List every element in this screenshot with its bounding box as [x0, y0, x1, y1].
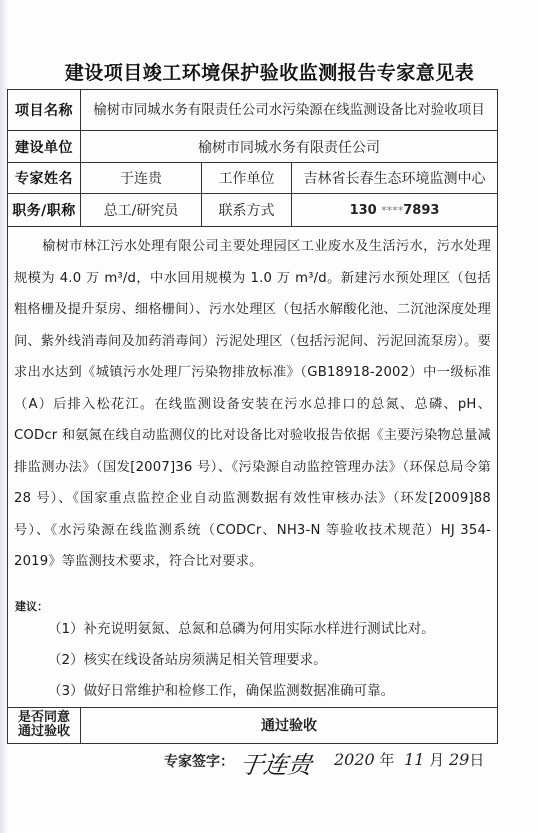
- expert-name-value: 于连贵: [81, 163, 202, 194]
- contact-prefix: 130: [350, 203, 377, 218]
- builder-value: 榆树市同城水务有限责任公司: [81, 131, 498, 163]
- date-year-unit: 年: [380, 751, 395, 769]
- suggestions-list: （1）补充说明氨氮、总氮和总磷为何用实际水样进行测试比对。 （2）核实在线设备站…: [8, 614, 497, 707]
- contact-suffix: 7893: [403, 203, 439, 218]
- date-day-unit: 日: [469, 751, 484, 769]
- opinion-cell: 榆树市林江污水处理有限公司主要处理园区工业废水及生活污水，污水处理规模为 4.0…: [8, 227, 498, 708]
- agree-label-line1: 是否同意: [8, 711, 80, 725]
- suggestions-label: 建议：: [8, 578, 497, 614]
- work-unit-label: 工作单位: [202, 163, 292, 194]
- agree-value: 通过验收: [81, 707, 498, 743]
- row-expert: 专家姓名 于连贵 工作单位 吉林省长春生态环境监测中心: [8, 163, 498, 194]
- work-unit-value: 吉林省长春生态环境监测中心: [292, 163, 498, 194]
- document-title: 建设项目竣工环境保护验收监测报告专家意见表: [0, 58, 539, 85]
- expert-opinion-form: 项目名称 榆树市同城水务有限责任公司水污染源在线监测设备比对验收项目 建设单位 …: [7, 89, 498, 744]
- contact-value: 130 ****7893: [292, 194, 498, 227]
- signature-handwritten: 于连贵: [238, 745, 315, 780]
- suggestion-item: （1）补充说明氨氮、总氮和总磷为何用实际水样进行测试比对。: [48, 614, 497, 645]
- row-opinion: 榆树市林江污水处理有限公司主要处理园区工业废水及生活污水，污水处理规模为 4.0…: [8, 227, 498, 708]
- project-name-label: 项目名称: [8, 90, 81, 131]
- suggestion-item: （3）做好日常维护和检修工作，确保监测数据准确可靠。: [48, 676, 497, 707]
- suggestion-item: （2）核实在线设备站房须满足相关管理要求。: [48, 645, 497, 676]
- date-year: 2020: [334, 750, 375, 769]
- contact-mask: ****: [381, 204, 403, 217]
- expert-name-label: 专家姓名: [8, 163, 81, 194]
- date-month: 11: [404, 750, 424, 769]
- builder-label: 建设单位: [8, 131, 81, 163]
- position-value: 总工/研究员: [81, 194, 202, 227]
- signature-label: 专家签字：: [164, 751, 234, 771]
- date-month-unit: 月: [429, 751, 444, 769]
- row-builder: 建设单位 榆树市同城水务有限责任公司: [8, 131, 498, 163]
- contact-label: 联系方式: [202, 194, 292, 227]
- project-name-value: 榆树市同城水务有限责任公司水污染源在线监测设备比对验收项目: [81, 90, 498, 131]
- position-label: 职务/职称: [8, 194, 81, 227]
- signature-date: 2020 年 11 月 29日: [334, 749, 484, 770]
- row-agree: 是否同意 通过验收 通过验收: [8, 707, 498, 743]
- agree-label-line2: 通过验收: [8, 725, 80, 739]
- row-project-name: 项目名称 榆树市同城水务有限责任公司水污染源在线监测设备比对验收项目: [8, 90, 498, 131]
- opinion-text: 榆树市林江污水处理有限公司主要处理园区工业废水及生活污水，污水处理规模为 4.0…: [14, 239, 491, 569]
- signature-block: 专家签字： 于连贵 2020 年 11 月 29日: [160, 745, 500, 785]
- opinion-paragraph: 榆树市林江污水处理有限公司主要处理园区工业废水及生活污水，污水处理规模为 4.0…: [8, 227, 497, 578]
- date-day: 29: [449, 750, 469, 769]
- row-position: 职务/职称 总工/研究员 联系方式 130 ****7893: [8, 194, 498, 227]
- agree-label: 是否同意 通过验收: [8, 707, 81, 743]
